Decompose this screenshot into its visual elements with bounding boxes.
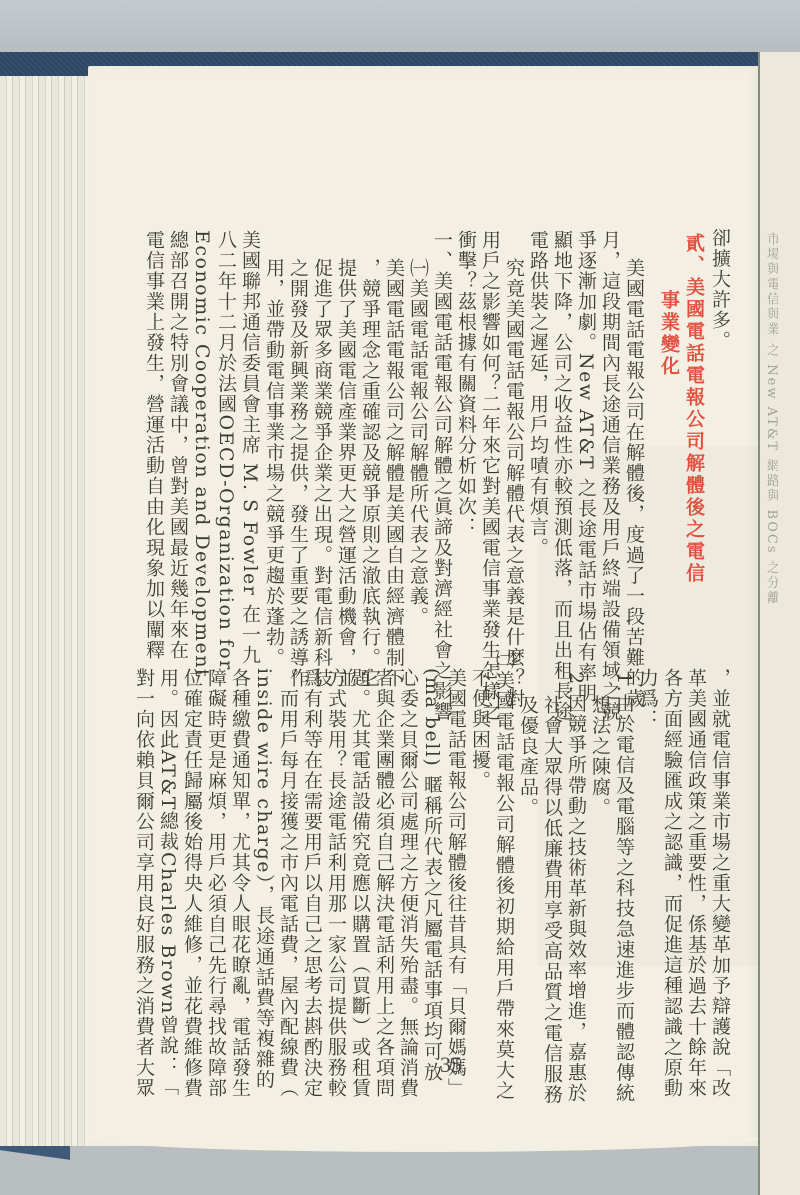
text-column: 及優良產品。 bbox=[516, 695, 540, 818]
text-column: 用戶之影響如何？二年來它對美國電信事業發生怎樣之 bbox=[478, 230, 502, 722]
text-column: 用，並帶動電信事業市場之競爭更趨於蓬勃。 bbox=[262, 258, 286, 668]
text-column: 對一向依賴貝爾公司享用良好服務之消費者大眾 bbox=[132, 668, 156, 1099]
page-bottom-curl bbox=[88, 1138, 760, 1152]
text-column: 力爲： bbox=[636, 668, 660, 730]
text-column: 之開發及新興業務之提供，發生了重要之誘導作 bbox=[286, 258, 310, 689]
section-heading-line1: 貳、美國電話電報公司解體後之電信 bbox=[682, 233, 706, 585]
text-column: inside wire charge），長途通話費等複雜的 bbox=[252, 668, 276, 1090]
text-column: ，競爭理念之重確認及競爭原則之澈底執行。它 bbox=[358, 258, 382, 689]
text-column: 用。因此AT&T總裁Charles Brown曾說：「 bbox=[156, 668, 180, 1097]
text-column: 總部召開之特別會議中，曾對美國最近幾年來在 bbox=[166, 230, 190, 661]
text-column: 電路供裝之遲延，用戶均嘖有煩言。 bbox=[526, 230, 550, 558]
background-surface bbox=[0, 0, 800, 60]
text-column: 題。尤其電話設備究竟應以購置（買斷）或租賃 bbox=[348, 668, 372, 1099]
text-column: 社會大眾得以低廉費用享受高品質之電信服務 bbox=[540, 695, 564, 1105]
text-column: 爲有利等在在需要用戶以自己之思考去斟酌決定 bbox=[300, 668, 324, 1099]
text-column: 衝擊？茲根據有關資料分析如次： bbox=[454, 230, 478, 538]
list-item-2: 2.因競爭所帶動之技術革新與效率增進，嘉惠於 bbox=[564, 672, 588, 1103]
page-number: 35 bbox=[440, 1052, 462, 1078]
text-column: (ma bell) 暱稱所代表之凡屬電話事項均可放 bbox=[420, 668, 444, 1082]
adjacent-page-text: 市場與電信與業 之 New AT&T 網路與 BOCs 之分離 bbox=[764, 232, 778, 1032]
text-column: 卻擴大許多。 bbox=[708, 228, 732, 351]
text-column: 月，這段期間內長途通信業務及用戶終端設備領域之競 bbox=[598, 230, 622, 722]
text-column: 心委之貝爾公司處理之方便消失殆盡。無論消費 bbox=[396, 668, 420, 1099]
page-stack-edges bbox=[0, 76, 90, 1146]
text-column: 各方面經驗匯成之認識，而促進這種認識之原動 bbox=[660, 668, 684, 1099]
text-column: 美國電話電報公司在解體後，度過了一段苦難的歲 bbox=[622, 258, 646, 709]
text-column: 促進了眾多商業競爭企業之出現。對電信新科技 bbox=[310, 258, 334, 689]
text-column: ㈠美國電話電報公司解體所代表之意義。 bbox=[406, 258, 430, 627]
section-heading-line2: 事業變化 bbox=[657, 290, 681, 378]
text-column: 革美國通信政策之重要性，係基於過去十餘年來 bbox=[684, 668, 708, 1099]
text-column: ，並就電信事業市場之重大變革加予辯護說「改 bbox=[708, 668, 732, 1099]
text-column: 障礙時更是麻煩，用戶必須自己先行尋找故障部 bbox=[204, 668, 228, 1099]
text-column: 美國電話電報公司之解體是美國自由經濟體制下 bbox=[382, 258, 406, 689]
text-column: 八二年十二月於法國OECD-Organization for bbox=[214, 230, 238, 671]
text-column: 方式裝用？長途電話利用那一家公司提供服務較 bbox=[324, 668, 348, 1099]
text-column: 各種繳費通知單，尤其令人眼花瞭亂，電話發生 bbox=[228, 668, 252, 1099]
text-column: 者與企業團體必須自己解決電話利用上之各項問 bbox=[372, 668, 396, 1099]
text-column: 。而用戶每月接獲之市內電話費，屋內配線費（ bbox=[276, 668, 300, 1099]
list-item-1: 1.由於電信及電腦等之科技急速進步而體認傳統 bbox=[612, 672, 636, 1103]
text-column: 顯地下降，公司之收益性亦較預測低落，而且出租長途 bbox=[550, 230, 574, 722]
text-column: 位確定責任歸屬後始得央人維修，並花費維修費 bbox=[180, 668, 204, 1099]
text-column: 不便與困擾。 bbox=[468, 668, 492, 791]
text-column: 想法之陳腐。 bbox=[588, 695, 612, 818]
text-column: 美國電話電報公司解體後往昔具有「貝爾媽媽」 bbox=[444, 668, 468, 1099]
text-column: 美國聯邦通信委員會主席 M. S Fowler 在一九 bbox=[238, 230, 262, 665]
text-column: 電信事業上發生，營運活動自由化現象加以闡釋 bbox=[142, 230, 166, 661]
subsection-heading-2: ㈡美國電話電報公司解體後初期給用戶帶來莫大之 bbox=[492, 650, 516, 1101]
adjacent-page-edge: 市場與電信與業 之 New AT&T 網路與 BOCs 之分離 bbox=[758, 52, 800, 1195]
text-column: 一、美國電話電報公司解體之眞諦及對濟經社會之影響 bbox=[430, 230, 454, 722]
text-column: 究竟美國電話電報公司解體代表之意義是什麼？對 bbox=[502, 258, 526, 709]
text-column: Economic Cooperation and Development bbox=[190, 230, 214, 678]
text-column: 提供了美國電信產業界更大之營運活動機會，並 bbox=[334, 258, 358, 689]
text-column: 爭逐漸加劇。New AT&T 之長途電話市場佔有率明 bbox=[574, 230, 598, 703]
